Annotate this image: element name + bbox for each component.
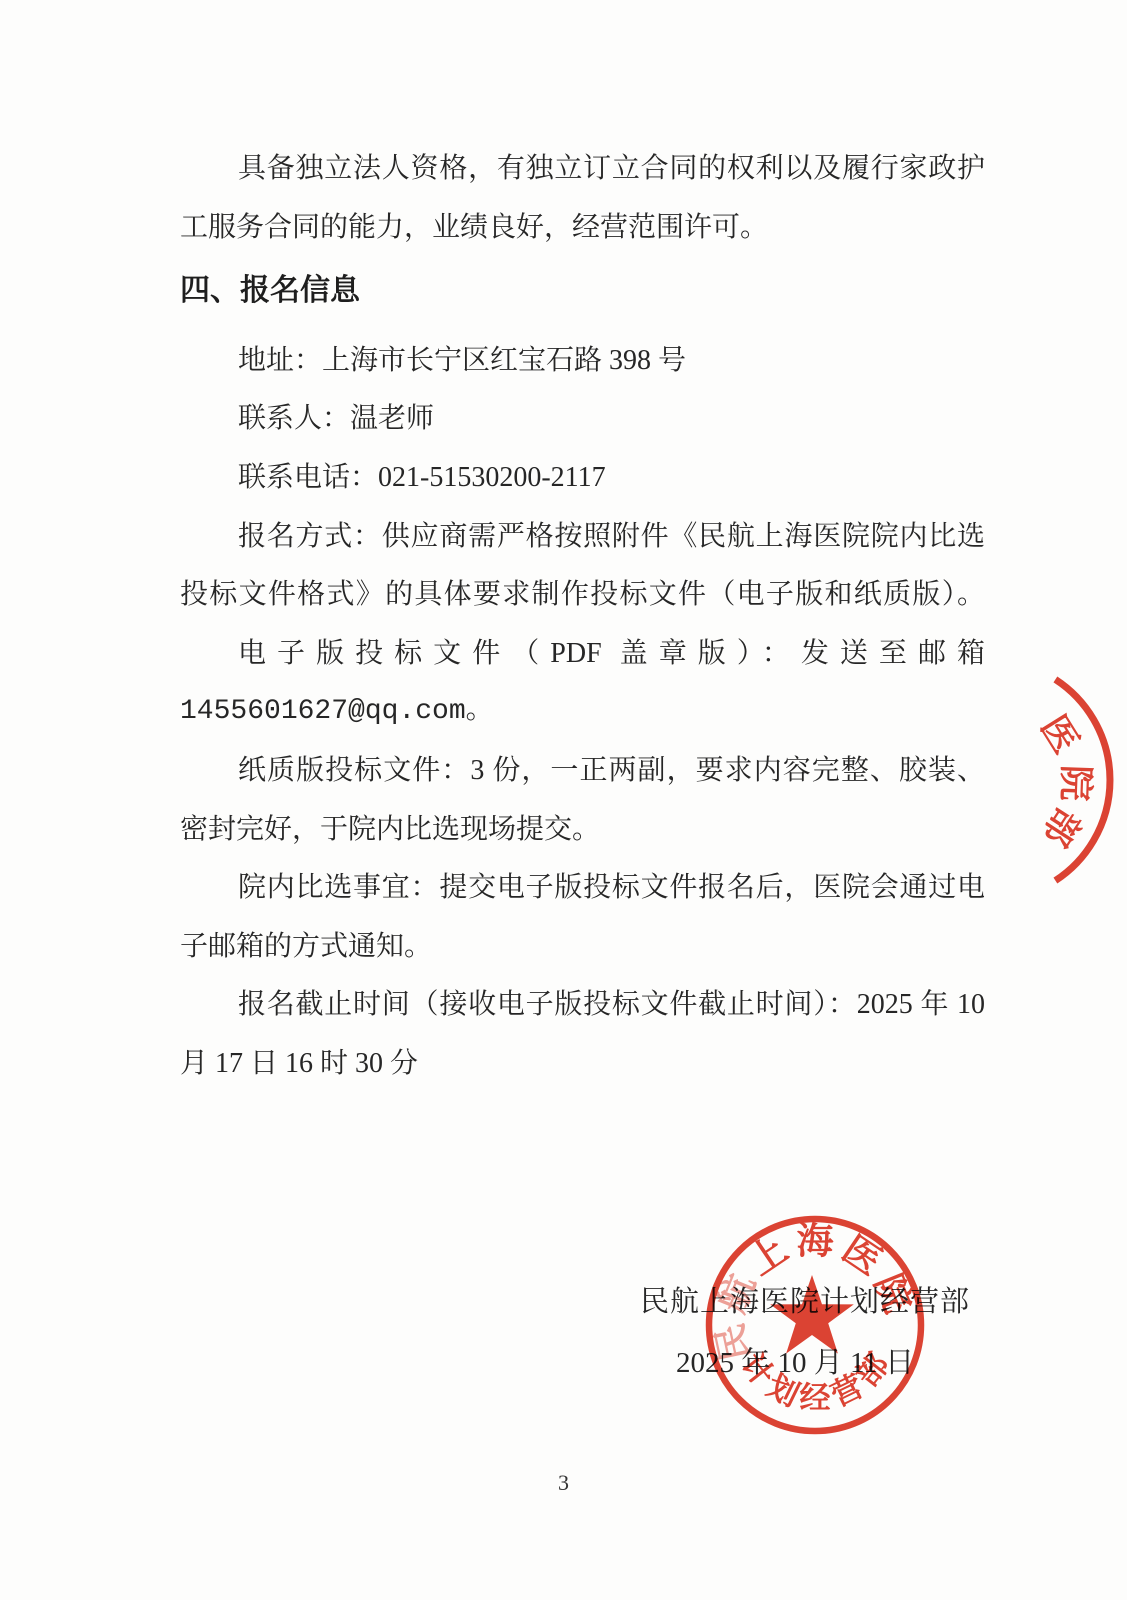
- deadline-line-2: 月 17 日 16 时 30 分: [180, 1035, 985, 1094]
- stamp-char: 院: [1055, 764, 1097, 801]
- section-heading: 四、报名信息: [180, 262, 985, 321]
- text-line: 具备独立法人资格，有独立订立合同的权利以及履行家政护: [180, 140, 985, 199]
- text-line: 报名方式：供应商需严格按照附件《民航上海医院院内比选: [180, 508, 985, 567]
- text-line: 院内比选事宜：提交电子版投标文件报名后，医院会通过电: [180, 859, 985, 918]
- document-page: 具备独立法人资格，有独立订立合同的权利以及履行家政护 工服务合同的能力，业绩良好…: [0, 0, 1127, 1600]
- contact-phone-line: 联系电话：021-51530200-2117: [180, 449, 985, 508]
- text-line: 工服务合同的能力，业绩良好，经营范围许可。: [180, 199, 985, 258]
- stamp-char: 部: [1035, 801, 1089, 854]
- stamp-char: 上: [741, 1228, 795, 1283]
- document-body: 具备独立法人资格，有独立订立合同的权利以及履行家政护 工服务合同的能力，业绩良好…: [180, 140, 985, 1094]
- stamp-char: 经: [800, 1381, 831, 1416]
- text-line: 密封完好，于院内比选现场提交。: [180, 801, 985, 860]
- stamp-char: 医: [1033, 708, 1087, 760]
- stamp-char: 医: [835, 1228, 889, 1283]
- contact-person-line: 联系人：温老师: [180, 390, 985, 449]
- page-number: 3: [0, 1470, 1127, 1496]
- stamp-star-icon: [770, 1275, 854, 1354]
- address-line: 地址：上海市长宁区红宝石路 398 号: [180, 332, 985, 391]
- deadline-line: 报名截止时间（接收电子版投标文件截止时间）：2025 年 10: [180, 976, 985, 1035]
- stamp-char: 海: [797, 1221, 834, 1262]
- official-stamp: 民 航 上 海 医 院 计 划 经 营 部: [695, 1205, 945, 1455]
- text-line: 子邮箱的方式通知。: [180, 918, 985, 977]
- email-line: 1455601627@qq.com。: [180, 683, 985, 742]
- text-line: 电子版投标文件（PDF 盖章版）：发送至邮箱: [180, 625, 985, 684]
- text-line: 纸质版投标文件：3 份，一正两副，要求内容完整、胶装、: [180, 742, 985, 801]
- partial-edge-stamp: 医 院 部: [960, 630, 1127, 930]
- text-line: 投标文件格式》的具体要求制作投标文件（电子版和纸质版）。: [180, 566, 985, 625]
